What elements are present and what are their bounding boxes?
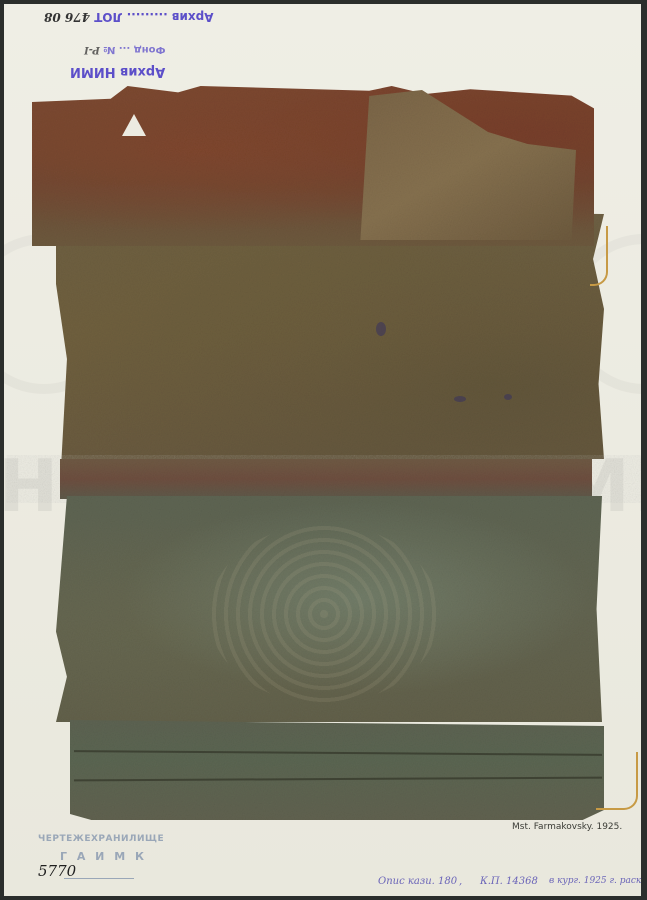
- textile-main-body: [56, 209, 604, 459]
- stamp-line: [64, 878, 134, 879]
- archive-stamp-line2: Фонд ... № P-I: [84, 44, 165, 55]
- annotation-inventory: Опис кази. 180: [378, 876, 457, 887]
- archive-stamp-handwritten: 476: [65, 10, 90, 24]
- annotation-kurgan: в кург. 1925 г. раск.: [549, 876, 641, 886]
- fringe-cord-lower: [596, 752, 638, 810]
- archive-stamp-line1: Архив ......... ЛОТ 476 08: [44, 10, 214, 24]
- textile-dark-band: [60, 459, 592, 499]
- fringe-cord-upper: [590, 226, 608, 286]
- ink-stain: [504, 394, 512, 400]
- drawing-office-stamp-line1: ЧЕРТЕЖЕХРАНИЛИЩЕ: [38, 834, 164, 844]
- textile-hem: [70, 720, 604, 820]
- annotation-separator: ,: [459, 876, 462, 887]
- annotation-kp-number: К.П. 14368: [480, 876, 538, 887]
- ink-stain: [454, 396, 466, 402]
- fond-label: Фонд ... №: [103, 44, 165, 55]
- paper-sheet: НИМК ИМК Архив ......... ЛОТ 476 08 Фонд…: [4, 4, 641, 896]
- textile-tear: [122, 114, 146, 136]
- ink-stain: [376, 322, 386, 336]
- archive-stamp-text: Архив ......... ЛОТ: [94, 10, 213, 24]
- archive-stamp-number: 08: [44, 10, 61, 24]
- fond-handwritten: P-I: [84, 44, 100, 55]
- archive-stamp-line3: Архив НИМИ: [70, 64, 165, 79]
- artist-signature: Mst. Farmakovsky. 1925.: [512, 822, 622, 832]
- textile-scale-pattern: [209, 524, 439, 704]
